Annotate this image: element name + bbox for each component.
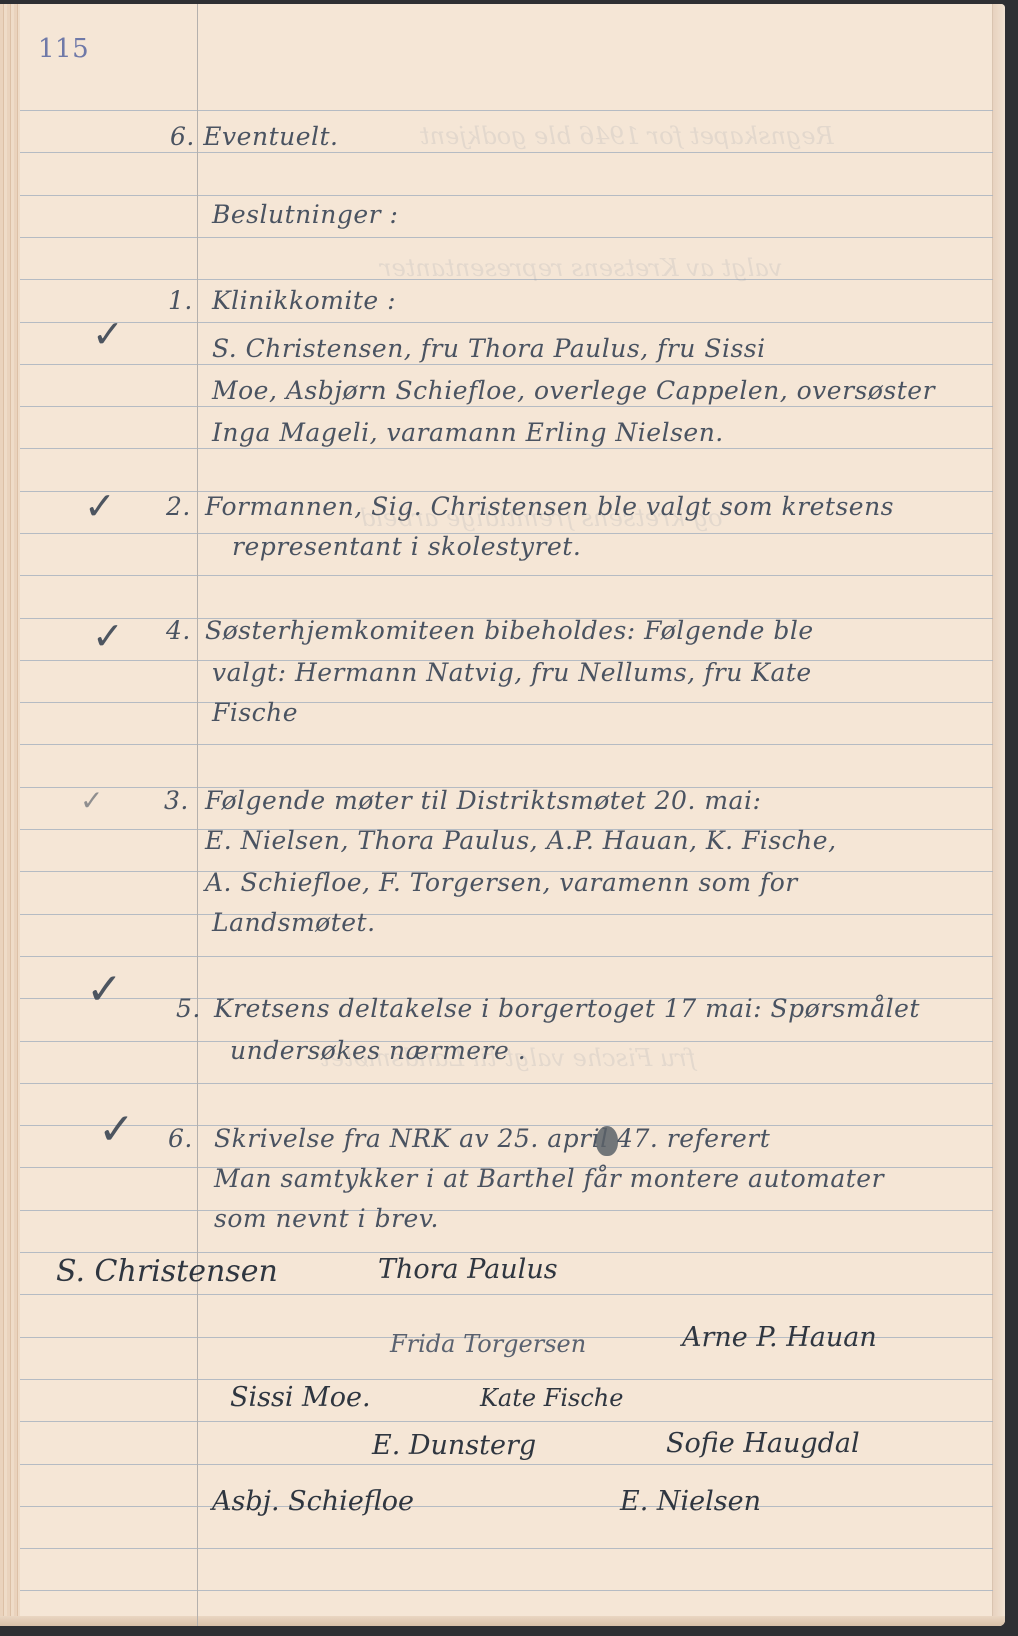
ruled-line — [20, 914, 993, 915]
resolution-line: E. Nielsen, Thora Paulus, A.P. Hauan, K.… — [205, 826, 837, 855]
signature: Asbj. Schiefloe — [212, 1486, 414, 1517]
signature: Kate Fische — [480, 1384, 623, 1412]
ruled-line — [20, 237, 993, 238]
signature: S. Christensen — [56, 1254, 278, 1289]
ruled-line — [20, 702, 993, 703]
resolution-line: S. Christensen, fru Thora Paulus, fru Si… — [212, 334, 766, 363]
signature: Arne P. Hauan — [682, 1322, 877, 1353]
ruled-line — [20, 575, 993, 576]
ruled-line — [20, 744, 993, 745]
ink-blot — [596, 1126, 618, 1156]
bottom-page-edge — [0, 1616, 1005, 1626]
page-edge-stack — [0, 4, 20, 1626]
section-heading: Beslutninger : — [212, 200, 398, 229]
resolution-line: Landsmøtet. — [212, 908, 376, 937]
check-mark-icon: ✓ — [92, 312, 124, 356]
resolution-line: A. Schiefloe, F. Torgersen, varamenn som… — [205, 868, 798, 897]
ruled-line — [20, 1590, 993, 1591]
ruled-line — [20, 1379, 993, 1380]
ruled-line — [20, 364, 993, 365]
resolution-number: 2. — [166, 492, 191, 521]
signature: Frida Torgersen — [390, 1330, 586, 1358]
resolution-number: 3. — [164, 786, 189, 815]
resolution-line: representant i skolestyret. — [232, 532, 581, 561]
resolution-number: 1. — [168, 286, 193, 315]
ruled-line — [20, 448, 993, 449]
ruled-line — [20, 1548, 993, 1549]
ruled-line — [20, 1294, 993, 1295]
resolution-number: 6. — [168, 1124, 193, 1153]
resolution-number: 5. — [176, 994, 201, 1023]
margin-line — [197, 4, 198, 1626]
ruled-line — [20, 1083, 993, 1084]
ruled-line — [20, 1210, 993, 1211]
ruled-line — [20, 1506, 993, 1507]
resolution-number: 4. — [166, 616, 191, 645]
signature: E. Nielsen — [620, 1486, 761, 1517]
signature: Thora Paulus — [378, 1254, 558, 1285]
check-mark-icon: ✓ — [92, 614, 124, 658]
ruled-line — [20, 322, 993, 323]
notebook-page: Regnskapet for 1946 ble godkjent valgt a… — [0, 4, 1005, 1626]
bleed-through-text: Regnskapet for 1946 ble godkjent — [420, 122, 834, 150]
bleed-through-text: valgt av Kretsens representanter — [380, 254, 782, 282]
resolution-line: Moe, Asbjørn Schiefloe, overlege Cappele… — [212, 376, 935, 405]
signature: E. Dunsterg — [372, 1430, 536, 1461]
resolution-line: Kretsens deltakelse i borgertoget 17 mai… — [214, 994, 920, 1023]
resolution-line: Fische — [212, 698, 298, 727]
right-page-edge — [992, 4, 1005, 1626]
signature: Sissi Moe. — [230, 1382, 371, 1413]
check-mark-icon: ✓ — [86, 964, 123, 1015]
resolution-line: Man samtykker i at Barthel får montere a… — [214, 1164, 884, 1193]
resolution-line: undersøkes nærmere . — [230, 1036, 526, 1065]
ruled-line — [20, 195, 993, 196]
ruled-line — [20, 1421, 993, 1422]
resolution-line: Inga Mageli, varamann Erling Nielsen. — [212, 418, 724, 447]
resolution-line: som nevnt i brev. — [214, 1204, 439, 1233]
resolution-line: Skrivelse fra NRK av 25. april 47. refer… — [214, 1124, 770, 1153]
signature: Sofie Haugdal — [666, 1428, 860, 1459]
page-number: 115 — [38, 34, 89, 64]
resolution-line: Klinikkomite : — [212, 286, 396, 315]
resolution-line: Følgende møter til Distriktsmøtet 20. ma… — [205, 786, 761, 815]
ruled-line — [20, 152, 993, 153]
ruled-line — [20, 956, 993, 957]
check-mark-icon: ✓ — [98, 1104, 135, 1155]
ruled-line — [20, 110, 993, 111]
ruled-line — [20, 1252, 993, 1253]
check-mark-icon: ✓ — [84, 484, 116, 528]
resolution-line: valgt: Hermann Natvig, fru Nellums, fru … — [212, 658, 812, 687]
check-mark-icon: ✓ — [80, 784, 103, 817]
agenda-item-eventuelt: 6. Eventuelt. — [170, 122, 339, 151]
ruled-line — [20, 406, 993, 407]
resolution-line: Søsterhjemkomiteen bibeholdes: Følgende … — [205, 616, 814, 645]
resolution-line: Formannen, Sig. Christensen ble valgt so… — [205, 492, 894, 521]
ruled-line — [20, 1464, 993, 1465]
